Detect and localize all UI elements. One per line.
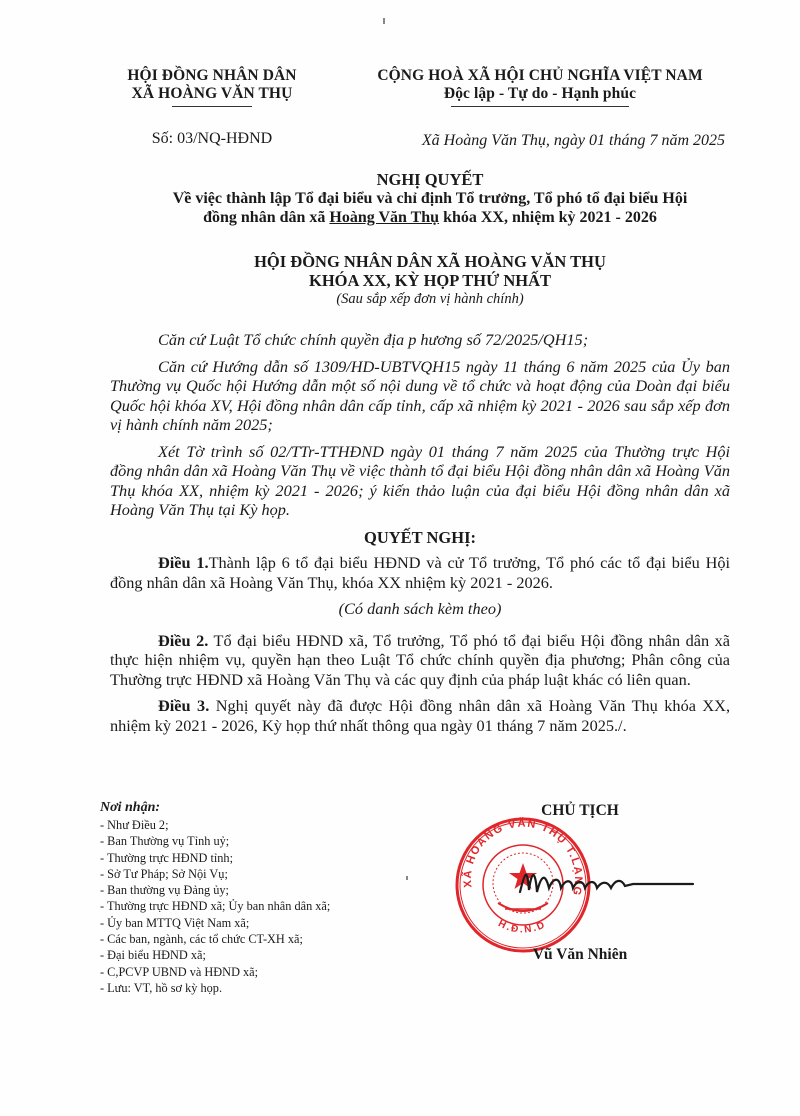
recipient-item: - Ban thường vụ Đảng ủy; — [100, 882, 420, 898]
article-2: Điều 2. Tổ đại biểu HĐND xã, Tổ trưởng, … — [110, 631, 730, 690]
subject-line2-post: khóa XX, nhiệm kỳ 2021 - 2026 — [439, 209, 657, 226]
issuer-underline — [172, 106, 252, 107]
handwritten-signature — [515, 862, 695, 902]
recipient-item: - Thường trực HĐND tỉnh; — [100, 850, 420, 866]
issuer-line1: HỘI ĐỒNG NHÂN DÂN — [112, 67, 312, 85]
svg-text:H.Đ.N.D: H.Đ.N.D — [496, 918, 548, 935]
national-block: CỘNG HOÀ XÃ HỘI CHỦ NGHĨA VIỆT NAM Độc l… — [345, 67, 735, 107]
national-motto: Độc lập - Tự do - Hạnh phúc — [345, 85, 735, 103]
document-type: NGHỊ QUYẾT — [100, 170, 760, 189]
subject-line2-pre: đồng nhân dân xã — [203, 209, 329, 226]
article-1: Điều 1.Thành lập 6 tổ đại biểu HĐND và c… — [110, 553, 730, 592]
document-page: HỘI ĐỒNG NHÂN DÂN XÃ HOÀNG VĂN THỤ CỘNG … — [0, 0, 800, 1116]
document-body: Căn cứ Luật Tổ chức chính quyền địa p hư… — [110, 330, 730, 742]
recipient-item: - Thường trực HĐND xã; Ủy ban nhân dân x… — [100, 898, 420, 914]
document-number: Số: 03/NQ-HĐND — [112, 130, 312, 148]
recipient-item: - Các ban, ngành, các tổ chức CT-XH xã; — [100, 931, 420, 947]
issuer-line2: XÃ HOÀNG VĂN THỤ — [112, 85, 312, 103]
article-3-label: Điều 3. — [158, 696, 209, 715]
recipients-block: Nơi nhận: - Như Điều 2; - Ban Thường vụ … — [100, 800, 420, 996]
scan-speck — [383, 18, 385, 24]
preamble-1: Căn cứ Luật Tổ chức chính quyền địa p hư… — [110, 330, 730, 350]
title-block: NGHỊ QUYẾT Về việc thành lập Tổ đại biểu… — [100, 170, 760, 227]
council-name-line2: KHÓA XX, KỲ HỌP THỨ NHẤT — [150, 271, 710, 290]
recipient-item: - Đại biểu HĐND xã; — [100, 947, 420, 963]
council-name-line1: HỘI ĐỒNG NHÂN DÂN XÃ HOÀNG VĂN THỤ — [150, 252, 710, 271]
subject-line2: đồng nhân dân xã Hoàng Văn Thụ khóa XX, … — [100, 208, 760, 227]
recipient-item: - Sở Tư Pháp; Sở Nội Vụ; — [100, 866, 420, 882]
place-date: Xã Hoàng Văn Thụ, ngày 01 tháng 7 năm 20… — [345, 132, 735, 150]
recipient-item: - C,PCVP UBND và HĐND xã; — [100, 964, 420, 980]
decision-heading: QUYẾT NGHỊ: — [110, 528, 730, 548]
national-title: CỘNG HOÀ XÃ HỘI CHỦ NGHĨA VIỆT NAM — [345, 67, 735, 85]
subject-line2-underlined: Hoàng Văn Thụ — [329, 209, 439, 226]
recipients-label: Nơi nhận: — [100, 800, 420, 816]
subject-line1: Về việc thành lập Tổ đại biểu và chỉ địn… — [100, 189, 760, 208]
signatory-name: Vũ Văn Nhiên — [500, 946, 660, 964]
preamble-3: Xét Tờ trình số 02/TTr-TTHĐND ngày 01 th… — [110, 442, 730, 520]
article-1-label: Điều 1. — [158, 553, 209, 572]
recipient-item: - Ủy ban MTTQ Việt Nam xã; — [100, 915, 420, 931]
annex-note: (Có danh sách kèm theo) — [110, 599, 730, 619]
recipient-item: - Ban Thường vụ Tỉnh uỷ; — [100, 833, 420, 849]
recipient-item: - Như Điều 2; — [100, 817, 420, 833]
article-3: Điều 3. Nghị quyết này đã được Hội đồng … — [110, 696, 730, 735]
motto-underline — [451, 106, 629, 107]
council-note: (Sau sắp xếp đơn vị hành chính) — [150, 290, 710, 308]
council-block: HỘI ĐỒNG NHÂN DÂN XÃ HOÀNG VĂN THỤ KHÓA … — [150, 252, 710, 308]
preamble-2: Căn cứ Hướng dẫn số 1309/HD-UBTVQH15 ngà… — [110, 357, 730, 435]
recipient-item: - Lưu: VT, hồ sơ kỳ họp. — [100, 980, 420, 996]
issuer-block: HỘI ĐỒNG NHÂN DÂN XÃ HOÀNG VĂN THỤ — [112, 67, 312, 107]
article-2-label: Điều 2. — [158, 631, 208, 650]
